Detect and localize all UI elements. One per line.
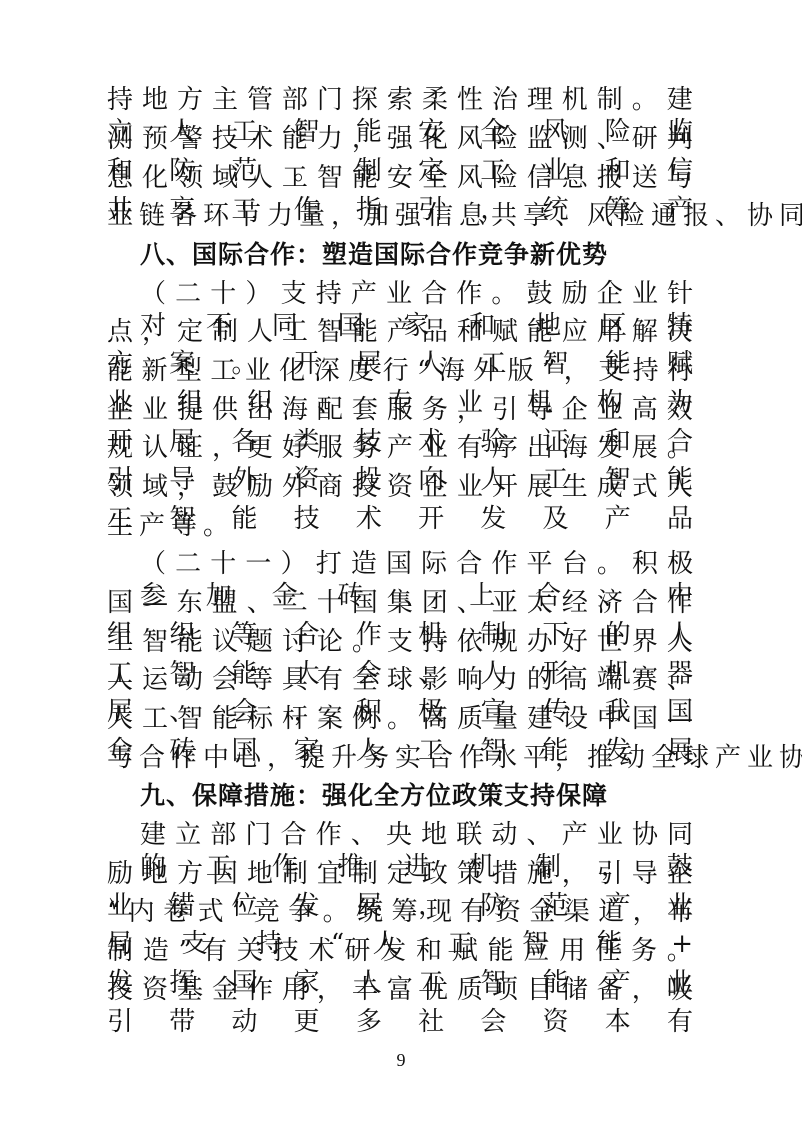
paragraph-line: 息 化 领 域 人 工 智 能 安 全 风 险 信 息 报 送 与 共 享 工 …: [107, 162, 693, 194]
paragraph-line: 人 运 动 会 等 具 有 全 球 影 响 力 的 高 端 赛 、 展 、 会 …: [107, 664, 693, 696]
paragraph-line: 生产等。: [107, 510, 693, 542]
paragraph-line: 制 造 ” 有 关 技 术 研 发 和 赋 能 应 用 任 务 。 发 挥 国 …: [107, 935, 693, 967]
paragraph-line: 能 新 型 工 业 化 深 度 行 “ 海 外 版 ” ， 支 持 行 业 组 …: [107, 355, 693, 387]
paragraph-line: “ 内 卷 式 ” 竞 争 。 统 筹 现 有 资 金 渠 道 ， 布 局 支 …: [107, 896, 693, 928]
paragraph-line: 人 工 智 能 标 杆 案 例 。 高 质 量 建 设 中 国 — 金 砖 国 …: [107, 703, 693, 735]
paragraph-line: 点 ， 定 制 人 工 智 能 产 品 和 赋 能 应 用 解 决 方 案 。 …: [107, 316, 693, 348]
paragraph-line: 工 智 能 议 题 讨 论 。 支 持 依 规 办 好 世 界 人 工 智 能 …: [107, 626, 693, 658]
paragraph-line: 业链各环节力量，加强信息共享、风险通报、协同处置。: [107, 200, 693, 232]
paragraph-line: （ 二 十 一 ） 打 造 国 际 合 作 平 台 。 积 极 参 加 金 砖 …: [140, 548, 693, 580]
paragraph-line: （ 二 十 ） 支 持 产 业 合 作 。 鼓 励 企 业 针 对 不 同 国 …: [140, 278, 693, 310]
section-heading-8: 八、国际合作：塑造国际合作竞争新优势: [140, 239, 693, 271]
section-heading-9: 九、保障措施：强化全方位政策支持保障: [140, 780, 693, 812]
paragraph-line: 与合作中心，提升务实合作水平，推动全球产业协同发展。: [107, 742, 693, 774]
document-page: 持 地 方 主 管 部 门 探 索 柔 性 治 理 机 制 。 建 立 人 工 …: [0, 0, 802, 1132]
paragraph-line: 建 立 部 门 合 作 、 央 地 联 动 、 产 业 协 同 的 工 作 推 …: [140, 819, 693, 851]
paragraph-line: 测 预 警 技 术 能 力 ， 强 化 风 险 监 测 、 研 判 和 防 范 …: [107, 123, 693, 155]
paragraph-line: 国 — 东 盟 、 二 十 国 集 团 、 亚 太 经 济 合 作 组 织 等 …: [107, 587, 693, 619]
paragraph-line: 持 地 方 主 管 部 门 探 索 柔 性 治 理 机 制 。 建 立 人 工 …: [107, 84, 693, 116]
paragraph-line: 领 域 ， 鼓 励 外 商 投 资 企 业 开 展 生 成 式 人 工 智 能 …: [107, 471, 693, 503]
paragraph-line: 规 认 证 ， 更 好 服 务 产 业 有 序 出 海 发 展 。 引 导 外 …: [107, 432, 693, 464]
paragraph-line: 励 地 方 因 地 制 宜 制 定 政 策 措 施 ， 引 导 企 业 错 位 …: [107, 858, 693, 890]
paragraph-line: 投 资 基 金 作 用 ， 丰 富 优 质 项 目 储 备 ， 吸 引 带 动 …: [107, 974, 693, 1006]
paragraph-line: 企 业 提 供 出 海 配 套 服 务 ， 引 导 企 业 高 效 开 展 各 …: [107, 394, 693, 426]
page-number: 9: [0, 1050, 802, 1071]
